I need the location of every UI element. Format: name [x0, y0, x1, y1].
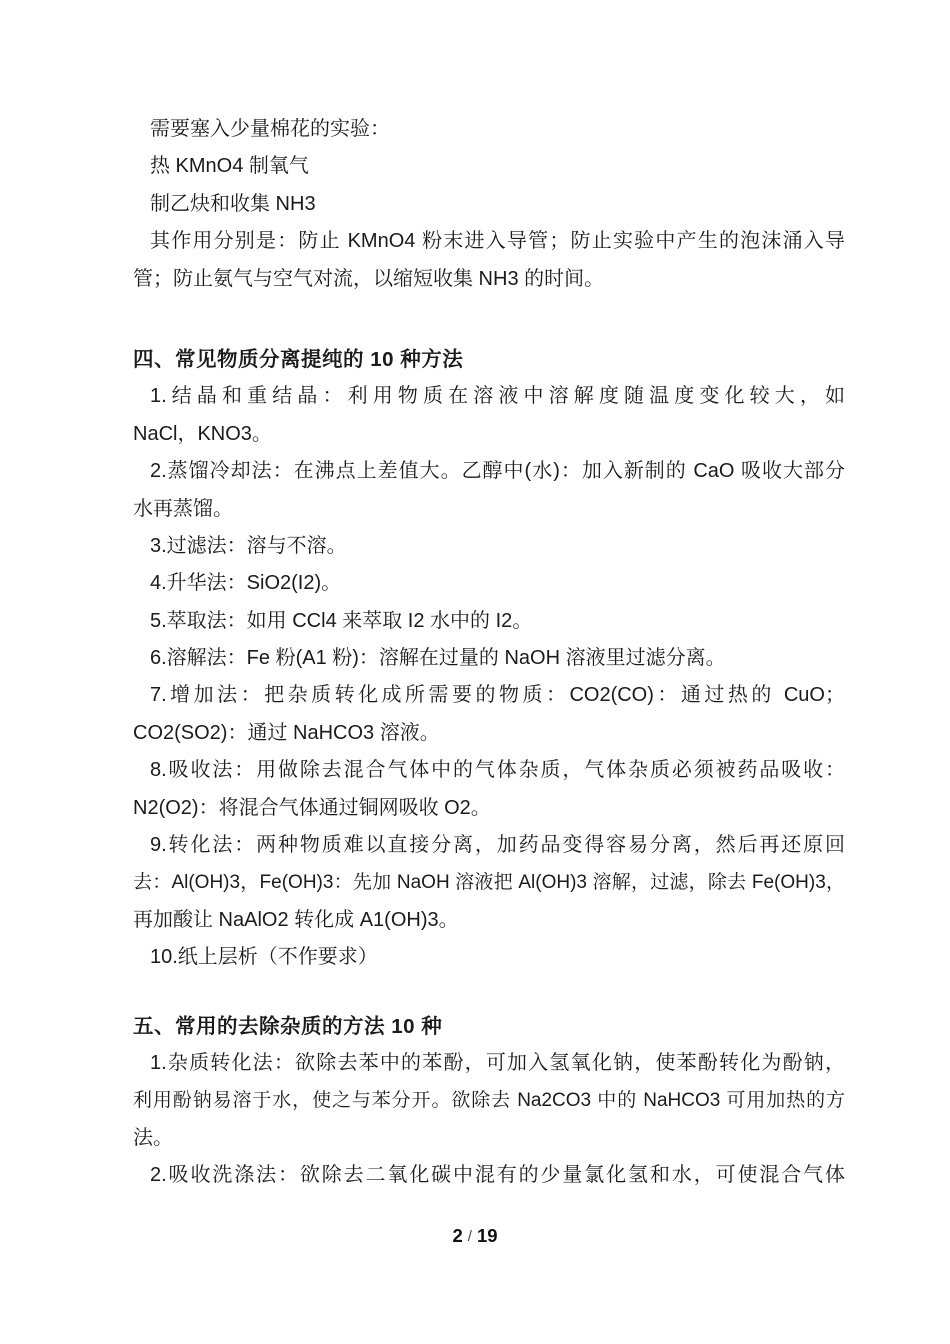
paragraph-line: 管；防止氨气与空气对流，以缩短收集 NH3 的时间。 [133, 261, 845, 298]
page-total: 19 [477, 1225, 498, 1246]
paragraph-line: 2.吸收洗涤法：欲除去二氧化碳中混有的少量氯化氢和水，可使混合气体 [133, 1157, 845, 1194]
section-five-heading: 五、常用的去除杂质的方法 10 种 [133, 1008, 845, 1045]
paragraph-line: CO2(SO2)：通过 NaHCO3 溶液。 [133, 715, 845, 752]
paragraph-line: 4.升华法：SiO2(I2)。 [133, 565, 845, 602]
paragraph-line: NaCl，KNO3。 [133, 416, 845, 453]
paragraph-line: 需要塞入少量棉花的实验： [133, 111, 845, 148]
paragraph-line: 热 KMnO4 制氧气 [133, 148, 845, 185]
section-four: 四、常见物质分离提纯的 10 种方法 1.结晶和重结晶：利用物质在溶液中溶解度随… [133, 341, 845, 977]
paragraph-line: 1.结晶和重结晶：利用物质在溶液中溶解度随温度变化较大，如 [133, 378, 845, 415]
paragraph-line: 法。 [133, 1120, 845, 1157]
page-separator: / [463, 1228, 477, 1245]
paragraph-line: 再加酸让 NaAlO2 转化成 A1(OH)3。 [133, 902, 845, 939]
paragraph-line: 其作用分别是：防止 KMnO4 粉末进入导管；防止实验中产生的泡沫涌入导 [133, 223, 845, 260]
paragraph-line: 5.萃取法：如用 CCl4 来萃取 I2 水中的 I2。 [133, 603, 845, 640]
page-footer: 2/19 [0, 1224, 950, 1249]
document-body: 需要塞入少量棉花的实验： 热 KMnO4 制氧气 制乙炔和收集 NH3 其作用分… [133, 111, 845, 1195]
paragraph-line: 水再蒸馏。 [133, 491, 845, 528]
section-five: 五、常用的去除杂质的方法 10 种 1.杂质转化法：欲除去苯中的苯酚，可加入氢氧… [133, 1008, 845, 1195]
intro-block: 需要塞入少量棉花的实验： 热 KMnO4 制氧气 制乙炔和收集 NH3 其作用分… [133, 111, 845, 298]
document-page: 需要塞入少量棉花的实验： 热 KMnO4 制氧气 制乙炔和收集 NH3 其作用分… [0, 0, 950, 1344]
paragraph-line: 8.吸收法：用做除去混合气体中的气体杂质，气体杂质必须被药品吸收： [133, 752, 845, 789]
paragraph-line: N2(O2)：将混合气体通过铜网吸收 O2。 [133, 790, 845, 827]
paragraph-line: 1.杂质转化法：欲除去苯中的苯酚，可加入氢氧化钠，使苯酚转化为酚钠， [133, 1045, 845, 1082]
paragraph-line: 7.增加法：把杂质转化成所需要的物质：CO2(CO)：通过热的 CuO； [133, 677, 845, 714]
paragraph-line: 3.过滤法：溶与不溶。 [133, 528, 845, 565]
page-number: 2 [452, 1225, 462, 1246]
paragraph-line: 9.转化法：两种物质难以直接分离，加药品变得容易分离，然后再还原回 [133, 827, 845, 864]
paragraph-line: 制乙炔和收集 NH3 [133, 186, 845, 223]
paragraph-line: 2.蒸馏冷却法：在沸点上差值大。乙醇中(水)：加入新制的 CaO 吸收大部分 [133, 453, 845, 490]
paragraph-line: 利用酚钠易溶于水，使之与苯分开。欲除去 Na2CO3 中的 NaHCO3 可用加… [133, 1082, 845, 1119]
paragraph-line: 去：Al(OH)3，Fe(OH)3：先加 NaOH 溶液把 Al(OH)3 溶解… [133, 864, 845, 901]
paragraph-line: 10.纸上层析（不作要求） [133, 939, 845, 976]
paragraph-line: 6.溶解法：Fe 粉(A1 粉)：溶解在过量的 NaOH 溶液里过滤分离。 [133, 640, 845, 677]
section-four-heading: 四、常见物质分离提纯的 10 种方法 [133, 341, 845, 378]
